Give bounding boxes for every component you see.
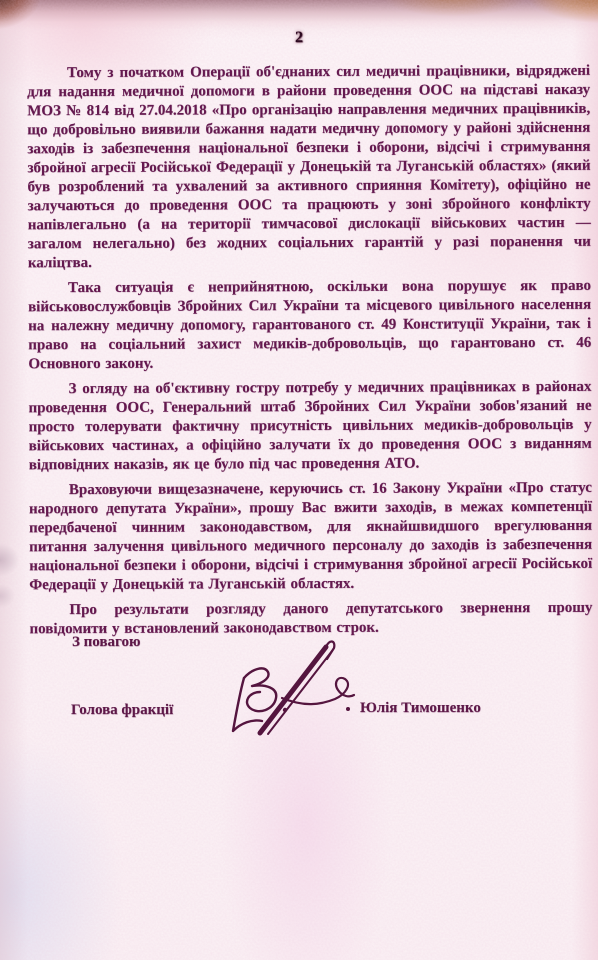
signature-scribble [208,634,358,738]
paragraph: З огляду на об'єктивну гостру потребу у … [28,378,591,475]
letter-body: Тому з початком Операції об'єднаних сил … [27,62,593,645]
signer-title: Голова фракції [71,702,173,719]
paragraph: Тому з початком Операції об'єднаних сил … [27,62,591,273]
closing-salutation: З повагою [72,634,140,651]
page-number: 2 [0,29,598,47]
paragraph: Така ситуація є неприйнятною, оскільки в… [28,277,591,374]
paragraph: Враховуючи вищезазначене, керуючись ст. … [29,479,592,595]
signer-name: Юлія Тимошенко [360,700,481,717]
scanned-letter-page: 2 Тому з початком Операції об'єднаних си… [0,0,598,960]
